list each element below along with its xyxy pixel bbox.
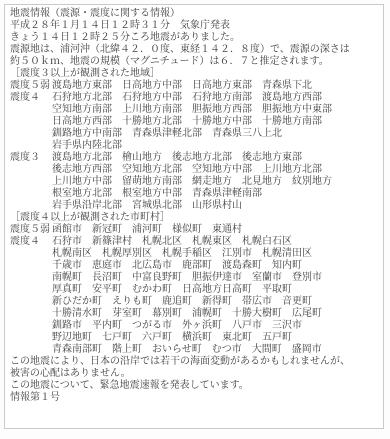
city-list-line: 厚真町 安平町 むかわ町 日高地方日高町 平取町 xyxy=(52,284,378,296)
city-list-line: 新ひだか町 えりも町 鹿追町 新得町 帯広市 音更町 xyxy=(52,296,378,308)
region-list-line: 後志地方西部 空知地方北部 空知地方中部 上川地方北部 xyxy=(52,164,378,176)
occurrence-line: きょう１４日１２時２５分ころ地震がありました。 xyxy=(10,32,378,44)
eew-note-line: この地震について、緊急地震速報を発表しています。 xyxy=(10,380,378,392)
city-list-line: 石狩市 新篠津村 札幌北区 札幌東区 札幌白石区 xyxy=(52,236,378,248)
earthquake-bulletin-box: 地震情報（震源・震度に関する情報） 平成２８年１月１４日１２時３１分 気象庁発表… xyxy=(4,4,384,429)
intensity-label: 震度５弱 xyxy=(10,80,52,92)
city-list-line: 南幌町 長沼町 中富良野町 胆振伊達市 室蘭市 登別市 xyxy=(52,272,378,284)
region-list-line: 岩手県沿岸北部 宮城県北部 山形県村山 xyxy=(52,200,378,212)
epicenter-line-1: 震源地は、浦河沖（北緯４２．０度、東経１４２．８度）で、震源の深さは xyxy=(10,44,378,56)
issued-line: 平成２８年１月１４日１２時３１分 気象庁発表 xyxy=(10,20,378,32)
intensity-label: 震度３ xyxy=(10,152,52,212)
region-list-line: 岩手県内陸北部 xyxy=(52,140,378,152)
city-list-line: 千歳市 恵庭市 北広島市 鹿部町 渡島森町 知内町 xyxy=(52,260,378,272)
region-list-line: 根室地方北部 根室地方中部 青森県津軽南部 xyxy=(52,188,378,200)
city-list-line: 釧路市 平内町 つがる市 外ヶ浜町 八戸市 三沢市 xyxy=(52,320,378,332)
report-number: 情報第１号 xyxy=(10,392,378,404)
region-list-line: 空知地方南部 上川地方南部 胆振地方西部 胆振地方中東部 xyxy=(52,104,378,116)
region-section-header: ［震度３以上が観測された地域］ xyxy=(10,68,378,80)
intensity-row-3-regions: 震度３ 渡島地方北部 檜山地方 後志地方北部 後志地方東部 後志地方西部 空知地… xyxy=(10,152,378,212)
region-list-line: 石狩地方北部 石狩地方中部 石狩地方南部 渡島地方西部 xyxy=(52,92,378,104)
intensity-row-4-regions: 震度４ 石狩地方北部 石狩地方中部 石狩地方南部 渡島地方西部 空知地方南部 上… xyxy=(10,92,378,152)
tsunami-note-line: 被害の心配はありません。 xyxy=(10,368,378,380)
city-list-line: 野辺地町 七戸町 六戸町 横浜町 東北町 五戸町 xyxy=(52,332,378,344)
intensity-row-5lower-cities: 震度５弱 函館市 新冠町 浦河町 様似町 東通村 xyxy=(10,224,378,236)
city-list-line: 函館市 新冠町 浦河町 様似町 東通村 xyxy=(52,224,378,236)
intensity-label: 震度４ xyxy=(10,92,52,152)
city-list-line: 十勝清水町 芽室町 幕別町 浦幌町 十勝大樹町 広尾町 xyxy=(52,308,378,320)
report-title: 地震情報（震源・震度に関する情報） xyxy=(10,8,378,20)
city-list-line: 札幌南区 札幌厚別区 札幌手稲区 江別市 札幌清田区 xyxy=(52,248,378,260)
city-section-header: ［震度４以上が観測された市町村］ xyxy=(10,212,378,224)
epicenter-line-2: 約５０ｋｍ、地震の規模（マグニチュード）は６．７と推定されます。 xyxy=(10,56,378,68)
intensity-row-4-cities: 震度４ 石狩市 新篠津村 札幌北区 札幌東区 札幌白石区 札幌南区 札幌厚別区 … xyxy=(10,236,378,356)
intensity-row-5lower-regions: 震度５弱 渡島地方東部 日高地方中部 日高地方東部 青森県下北 xyxy=(10,80,378,92)
region-list-line: 上川地方中部 留萌地方南部 網走地方 北見地方 紋別地方 xyxy=(52,176,378,188)
intensity-label: 震度４ xyxy=(10,236,52,356)
region-list-line: 釧路地方中南部 青森県津軽北部 青森県三八上北 xyxy=(52,128,378,140)
region-list-line: 渡島地方東部 日高地方中部 日高地方東部 青森県下北 xyxy=(52,80,378,92)
region-list-line: 渡島地方北部 檜山地方 後志地方北部 後志地方東部 xyxy=(52,152,378,164)
region-list-line: 日高地方西部 十勝地方北部 十勝地方中部 十勝地方南部 xyxy=(52,116,378,128)
intensity-label: 震度５弱 xyxy=(10,224,52,236)
tsunami-note-line: この地震により、日本の沿岸では若干の海面変動があるかもしれませんが、 xyxy=(10,356,378,368)
city-list-line: 青森南部町 階上町 おいらせ町 むつ市 大間町 盛岡市 xyxy=(52,344,378,356)
